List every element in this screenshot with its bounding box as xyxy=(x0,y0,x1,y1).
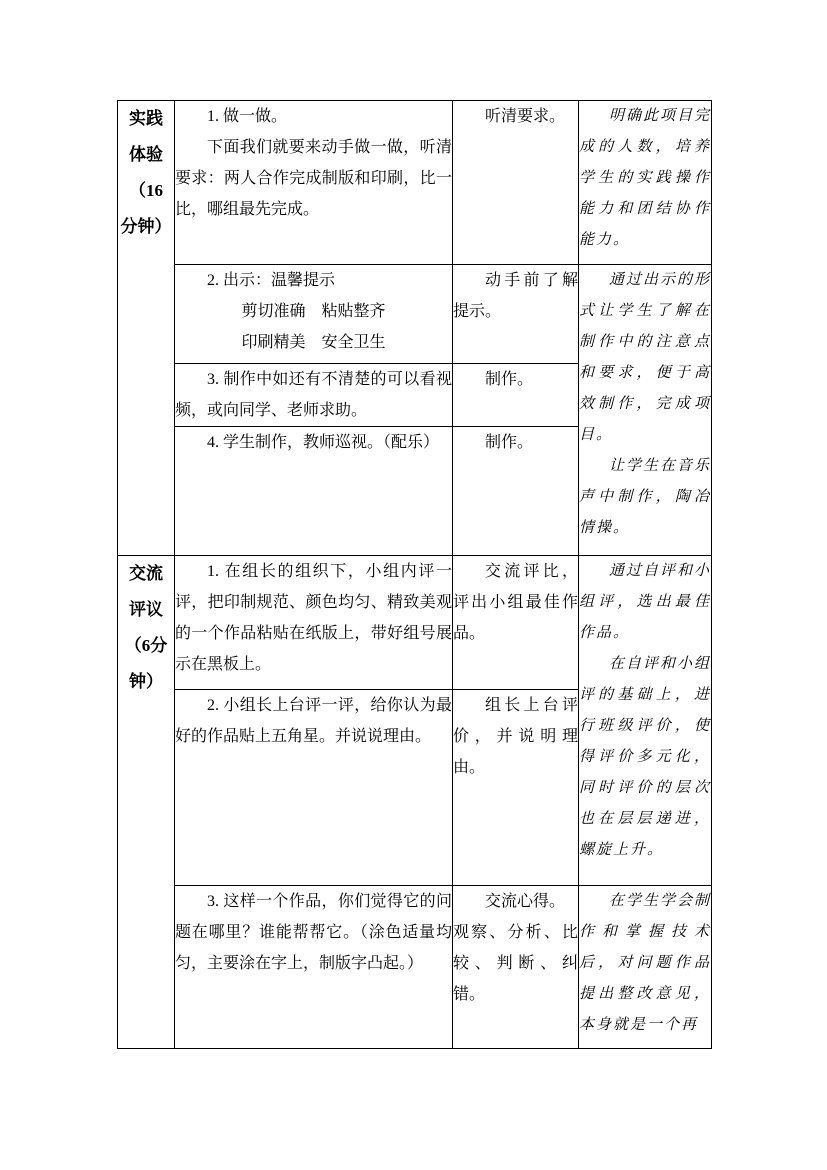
activity-paragraph: 听清要求。 xyxy=(453,101,578,132)
teaching-paragraph: 2. 出示：温馨提示 xyxy=(175,265,452,296)
teaching-paragraph: 1. 做一做。 xyxy=(175,101,452,132)
table-row: 3. 这样一个作品，你们觉得它的问题在哪里？谁能帮帮它。（涂色适量均匀，主要涂在… xyxy=(118,886,712,1049)
teaching-cell: 3. 这样一个作品，你们觉得它的问题在哪里？谁能帮帮它。（涂色适量均匀，主要涂在… xyxy=(175,886,453,1049)
intent-paragraph: 让学生在音乐声中制作，陶冶情操。 xyxy=(579,451,711,544)
activity-paragraph: 组长上台评价，并说明理由。 xyxy=(453,690,578,783)
teaching-paragraph: 2. 小组长上台评一评，给你认为最好的作品贴上五角星。并说说理由。 xyxy=(175,690,452,752)
activity-cell: 制作。 xyxy=(453,427,579,556)
activity-cell: 交流心得。 观察、分析、比较、判断、纠错。 xyxy=(453,886,579,1049)
teaching-cell: 1. 在组长的组织下，小组内评一评，把印制规范、颜色均匀、精致美观的一个作品粘贴… xyxy=(175,556,453,690)
teaching-cell: 2. 小组长上台评一评，给你认为最好的作品贴上五角星。并说说理由。 xyxy=(175,690,453,886)
teaching-cell: 2. 出示：温馨提示 剪切准确 粘贴整齐 印刷精美 安全卫生 xyxy=(175,265,453,364)
teaching-paragraph: 下面我们就要来动手做一做，听清要求：两人合作完成制版和印刷，比一比，哪组最先完成… xyxy=(175,132,452,225)
activity-cell: 听清要求。 xyxy=(453,101,579,265)
teaching-paragraph: 3. 这样一个作品，你们觉得它的问题在哪里？谁能帮帮它。（涂色适量均匀，主要涂在… xyxy=(175,886,452,979)
activity-paragraph: 制作。 xyxy=(453,427,578,458)
stage-line: 体验 xyxy=(118,137,174,173)
teaching-paragraph: 印刷精美 安全卫生 xyxy=(175,327,452,358)
stage-line: 分钟） xyxy=(118,209,174,245)
stage-line: 钟） xyxy=(118,664,174,700)
stage-line: （6分 xyxy=(118,628,174,664)
teaching-paragraph: 3. 制作中如还有不清楚的可以看视频，或向同学、老师求助。 xyxy=(175,364,452,426)
stage-line: 实践 xyxy=(118,101,174,137)
teaching-cell: 4. 学生制作，教师巡视。（配乐） xyxy=(175,427,453,556)
intent-paragraph: 在学生学会制作和掌握技术后，对问题作品提出整改意见，本身就是一个再 xyxy=(579,886,711,1041)
activity-paragraph: 观察、分析、比较、判断、纠错。 xyxy=(453,917,578,1010)
teaching-paragraph: 1. 在组长的组织下，小组内评一评，把印制规范、颜色均匀、精致美观的一个作品粘贴… xyxy=(175,556,452,680)
table-row: 交流 评议 （6分 钟） 1. 在组长的组织下，小组内评一评，把印制规范、颜色均… xyxy=(118,556,712,690)
intent-cell: 通过自评和小组评，选出最佳作品。 在自评和小组评的基础上，进行班级评价，使得评价… xyxy=(579,556,712,886)
activity-paragraph: 交流评比，评出小组最佳作品。 xyxy=(453,556,578,649)
intent-cell: 通过出示的形式让学生了解在制作中的注意点和要求，便于高效制作，完成项目。 让学生… xyxy=(579,265,712,556)
teaching-cell: 3. 制作中如还有不清楚的可以看视频，或向同学、老师求助。 xyxy=(175,364,453,427)
intent-cell: 在学生学会制作和掌握技术后，对问题作品提出整改意见，本身就是一个再 xyxy=(579,886,712,1049)
activity-cell: 交流评比，评出小组最佳作品。 xyxy=(453,556,579,690)
activity-paragraph: 交流心得。 xyxy=(453,886,578,917)
document-page: 实践 体验 （16 分钟） 1. 做一做。 下面我们就要来动手做一做，听清要求：… xyxy=(0,0,827,1170)
teaching-paragraph: 4. 学生制作，教师巡视。（配乐） xyxy=(175,427,452,458)
stage-cell-discussion: 交流 评议 （6分 钟） xyxy=(118,556,175,1049)
activity-cell: 动手前了解提示。 xyxy=(453,265,579,364)
intent-paragraph: 明确此项目完成的人数，培养学生的实践操作能力和团结协作能力。 xyxy=(579,101,711,256)
activity-cell: 组长上台评价，并说明理由。 xyxy=(453,690,579,886)
table-row: 实践 体验 （16 分钟） 1. 做一做。 下面我们就要来动手做一做，听清要求：… xyxy=(118,101,712,265)
activity-cell: 制作。 xyxy=(453,364,579,427)
table-row: 2. 出示：温馨提示 剪切准确 粘贴整齐 印刷精美 安全卫生 动手前了解提示。 … xyxy=(118,265,712,364)
stage-cell-practice: 实践 体验 （16 分钟） xyxy=(118,101,175,556)
intent-paragraph: 在自评和小组评的基础上，进行班级评价，使得评价多元化，同时评价的层次也在层层递进… xyxy=(579,649,711,866)
intent-paragraph: 通过自评和小组评，选出最佳作品。 xyxy=(579,556,711,649)
activity-paragraph: 动手前了解提示。 xyxy=(453,265,578,327)
stage-line: 交流 xyxy=(118,556,174,592)
stage-line: 评议 xyxy=(118,592,174,628)
activity-paragraph: 制作。 xyxy=(453,364,578,395)
intent-cell: 明确此项目完成的人数，培养学生的实践操作能力和团结协作能力。 xyxy=(579,101,712,265)
lesson-plan-table: 实践 体验 （16 分钟） 1. 做一做。 下面我们就要来动手做一做，听清要求：… xyxy=(117,100,712,1049)
teaching-paragraph: 剪切准确 粘贴整齐 xyxy=(175,296,452,327)
teaching-cell: 1. 做一做。 下面我们就要来动手做一做，听清要求：两人合作完成制版和印刷，比一… xyxy=(175,101,453,265)
stage-line: （16 xyxy=(118,173,174,209)
intent-paragraph: 通过出示的形式让学生了解在制作中的注意点和要求，便于高效制作，完成项目。 xyxy=(579,265,711,451)
